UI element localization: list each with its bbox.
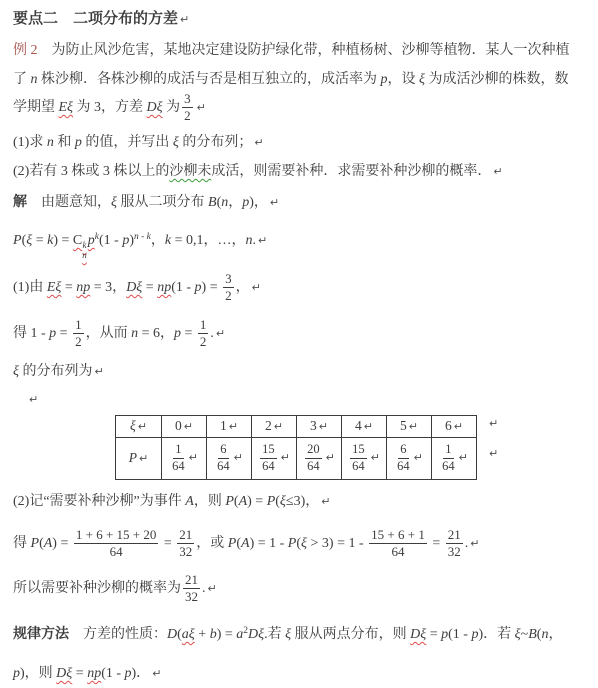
table-row: P↵164↵664↵1564↵2064↵1564↵664↵164↵ [116, 437, 477, 479]
text-segment: n [31, 72, 38, 87]
table-prob-cell: 1564↵ [342, 437, 387, 479]
table-value-cell: 2↵ [252, 415, 297, 437]
table-value-cell: 5↵ [387, 415, 432, 437]
text-segment: p [195, 280, 202, 295]
fraction-denominator: 64 [307, 459, 320, 474]
text-segment: (1)求 [13, 135, 47, 150]
paragraph-mark-icon: ↵ [197, 101, 206, 114]
text-segment: ，或 [196, 536, 228, 551]
table-prob-cell: 164↵ [162, 437, 207, 479]
text-segment: p [88, 233, 95, 248]
probability-distribution-table: ξ↵0↵1↵2↵3↵4↵5↵6↵P↵164↵664↵1564↵2064↵1564… [115, 415, 477, 480]
table-prob-cell: 664↵ [207, 437, 252, 479]
fraction-denominator: 2 [200, 334, 207, 349]
fraction-denominator: 64 [391, 544, 404, 559]
text-segment: np [76, 280, 90, 295]
value-text: 0 [175, 418, 182, 433]
text-segment: 为 3，方差 [73, 100, 147, 115]
fraction: 32 [182, 92, 193, 124]
text-segment: = 3， [90, 280, 126, 295]
paragraph-mark-icon: ↵ [180, 13, 189, 26]
text-segment: ) = [53, 233, 73, 248]
text-segment: A [44, 536, 53, 551]
table-prob-cell: 2064↵ [297, 437, 342, 479]
paragraph-mark-icon: ↵ [281, 451, 290, 464]
fraction-denominator: 64 [217, 459, 230, 474]
fraction-numerator: 1 [73, 318, 84, 334]
paragraph-mark-icon: ↵ [139, 452, 148, 465]
table-prob-cell: 1564↵ [252, 437, 297, 479]
fraction: 664 [397, 443, 410, 474]
step-ep: (1)由 Eξ = np = 3，Dξ = np(1 - p) = 32，↵ [13, 271, 586, 305]
text-segment: = [56, 326, 71, 341]
text-segment: .若 [264, 627, 285, 642]
text-segment: P [31, 536, 40, 551]
text-segment: n [47, 135, 54, 150]
fraction-denominator: 32 [448, 544, 461, 559]
fraction: 1564 [350, 443, 367, 474]
paragraph-mark-icon: ↵ [216, 327, 225, 340]
paragraph-mark-icon: ↵ [254, 136, 263, 149]
fraction: 15 + 6 + 164 [369, 528, 427, 560]
paragraph-mark-icon: ↵ [138, 420, 147, 433]
fraction-numerator: 21 [446, 528, 463, 544]
text-segment: = [32, 233, 47, 248]
text-segment: )，则 [20, 666, 56, 681]
text-segment: 所以需要补种沙柳的概率为 [13, 581, 181, 596]
text-segment: 规律方法 [13, 627, 69, 642]
table-prob-cell: 664↵ [387, 437, 432, 479]
fraction-numerator: 1 [443, 443, 453, 459]
paragraph-mark-icon: ↵ [321, 495, 330, 508]
example-line-2: 了 n 株沙柳．各株沙柳的成活与否是相互独立的，成活率为 p，设 ξ 为成活沙柳… [13, 69, 586, 90]
text-segment: 由题意知， [27, 195, 111, 210]
paragraph-mark-icon: ↵ [319, 420, 328, 433]
fraction-numerator: 1 + 6 + 15 + 20 [74, 528, 159, 544]
text-segment: b [210, 627, 217, 642]
blank-line: ↵ [13, 391, 586, 409]
text-segment: (1 - [101, 666, 124, 681]
text-segment: )， [249, 195, 268, 210]
text-segment: ， [548, 627, 562, 642]
text-segment: (1)由 [13, 280, 47, 295]
table-prob-cell: 164↵ [432, 437, 477, 479]
text-segment: 为成活沙柳的株数，数 [425, 72, 569, 87]
paragraph-mark-icon: ↵ [364, 420, 373, 433]
text-segment: Eξ [47, 280, 62, 295]
text-segment: ，设 [388, 72, 420, 87]
text-segment: = [61, 280, 76, 295]
paragraph-mark-icon: ↵ [489, 447, 498, 460]
paragraph-mark-icon: ↵ [152, 667, 161, 680]
fraction-numerator: 15 [350, 443, 367, 459]
text-segment: )． [132, 666, 151, 681]
paragraph-mark-icon: ↵ [489, 417, 498, 430]
fraction-numerator: 6 [398, 443, 408, 459]
text-segment: Dξ [248, 627, 264, 642]
fraction-denominator: 2 [184, 108, 191, 123]
document: 要点二 二项分布的方差↵例 2 为防止风沙危害，某地决定建设防护绿化带，种植杨树… [0, 0, 598, 684]
paragraph-mark-icon: ↵ [184, 420, 193, 433]
text-segment: ) = [52, 536, 72, 551]
text-segment: C [73, 233, 82, 248]
fraction-numerator: 21 [177, 528, 194, 544]
text-segment: 株沙柳．各株沙柳的成活与否是相互独立的，成活率为 [38, 72, 381, 87]
text-segment: 成活，则需要补种．求需要补种沙柳的概率． [211, 164, 491, 179]
fraction-numerator: 15 [260, 443, 277, 459]
text-segment: p [381, 72, 388, 87]
variable-label: ξ [130, 418, 136, 433]
value-text: 3 [310, 418, 317, 433]
text-segment: 的分布列； [179, 135, 253, 150]
text-segment: . [210, 326, 214, 341]
text-segment: 服从两点分布，则 [291, 627, 410, 642]
paragraph-mark-icon: ↵ [229, 420, 238, 433]
text-segment: = [429, 536, 444, 551]
text-segment: p [174, 326, 181, 341]
text-segment: A [241, 536, 250, 551]
text-segment: > 3) = 1 - [307, 536, 367, 551]
text-segment: 例 2 [13, 43, 38, 58]
text-segment: 服从二项分布 [117, 195, 208, 210]
text-segment: 学期望 [13, 100, 59, 115]
text-segment: p [13, 666, 20, 681]
text-segment: (1 - [171, 280, 194, 295]
fraction-denominator: 64 [110, 544, 123, 559]
text-segment: n - k [134, 232, 151, 242]
text-segment: n [246, 233, 253, 248]
paragraph-mark-icon: ↵ [454, 420, 463, 433]
fraction: 164 [172, 443, 185, 474]
text-segment: ) = [247, 494, 267, 509]
value-text: 2 [265, 418, 272, 433]
paragraph-mark-icon: ↵ [493, 165, 502, 178]
fraction: 164 [442, 443, 455, 474]
fraction-denominator: 2 [75, 334, 82, 349]
fraction-denominator: 64 [397, 459, 410, 474]
text-segment: 了 [13, 72, 31, 87]
text-segment: 为防止风沙危害，某地决定建设防护绿化带，种植杨树、沙柳等植物．某人一次种植 [38, 43, 570, 58]
text-segment: = 6， [138, 326, 174, 341]
text-segment: P [13, 233, 22, 248]
text-segment: )．若 [478, 627, 514, 642]
binomial-formula: P(ξ = k) = Cknpk(1 - p)n - k，k = 0,1，…，n… [13, 225, 586, 261]
paragraph-mark-icon: ↵ [258, 234, 267, 247]
fraction: 2132 [177, 528, 194, 560]
text-segment: 的值，并写出 [82, 135, 173, 150]
paragraph-mark-icon: ↵ [459, 451, 468, 464]
text-segment: Dξ [147, 100, 163, 115]
value-text: 4 [355, 418, 362, 433]
fraction-numerator: 15 + 6 + 1 [369, 528, 427, 544]
fraction: 12 [73, 318, 84, 350]
fraction: 1564 [260, 443, 277, 474]
text-segment: = [426, 627, 441, 642]
fraction-numerator: 3 [182, 92, 193, 108]
solution-intro: 解 由题意知，ξ 服从二项分布 B(n，p)，↵ [13, 192, 586, 213]
value-text: 6 [445, 418, 452, 433]
text-segment: 得 [13, 536, 31, 551]
table-variable-header-cell: ξ↵ [116, 415, 162, 437]
text-segment: ， [151, 233, 165, 248]
text-segment: 和 [54, 135, 75, 150]
text-segment: ) = [202, 280, 222, 295]
table-value-cell: 6↵ [432, 415, 477, 437]
rule-line-2: p)，则 Dξ = np(1 - p)．↵ [13, 663, 586, 684]
table-prob-header-cell: P↵ [116, 437, 162, 479]
text-segment: (1 - [99, 233, 122, 248]
fraction-denominator: 32 [179, 544, 192, 559]
text-segment: P [225, 494, 234, 509]
text-segment: B [208, 195, 217, 210]
text-segment: 解 [13, 195, 27, 210]
paragraph-mark-icon: ↵ [409, 420, 418, 433]
paragraph-mark-icon: ↵ [414, 451, 423, 464]
text-segment: np [87, 666, 101, 681]
fraction-denominator: 64 [352, 459, 365, 474]
combination-sub-sup: kn [82, 241, 87, 261]
text-segment: A [185, 494, 194, 509]
fraction-denominator: 64 [262, 459, 275, 474]
fraction: 2132 [183, 573, 200, 605]
text-segment: 得 1 - [13, 326, 49, 341]
fraction-numerator: 21 [183, 573, 200, 589]
text-segment: ) = [217, 627, 237, 642]
fraction: 12 [198, 318, 209, 350]
fraction-denominator: 32 [185, 589, 198, 604]
text-segment: 为 [163, 100, 181, 115]
text-segment: = [181, 326, 196, 341]
text-segment: ≤3)， [286, 494, 319, 509]
question-1: (1)求 n 和 p 的值，并写出 ξ 的分布列；↵ [13, 132, 586, 153]
paragraph-mark-icon: ↵ [252, 281, 261, 294]
text-segment: A [239, 494, 248, 509]
fraction-numerator: 1 [198, 318, 209, 334]
prob-calc: 得 P(A) = 1 + 6 + 15 + 2064 = 2132，或 P(A)… [13, 521, 586, 567]
paragraph-mark-icon: ↵ [189, 451, 198, 464]
text-segment: aξ [182, 627, 195, 642]
text-segment: 沙柳未 [169, 164, 211, 179]
text-segment: = 0,1，…， [171, 233, 245, 248]
text-segment: . [253, 233, 257, 248]
text-segment: Dξ [126, 280, 142, 295]
text-segment: ) = 1 - [250, 536, 288, 551]
question-2: (2)若有 3 株或 3 株以上的沙柳未成活，则需要补种．求需要补种沙柳的概率．… [13, 161, 586, 182]
text-segment: p [75, 135, 82, 150]
paragraph-mark-icon: ↵ [274, 420, 283, 433]
text-segment: = [160, 536, 175, 551]
text-segment: + [195, 627, 210, 642]
step-solve: 得 1 - p = 12，从而 n = 6，p = 12.↵ [13, 317, 586, 351]
text-segment: . [202, 581, 206, 596]
fraction-numerator: 20 [305, 443, 322, 459]
fraction: 32 [223, 272, 234, 304]
paragraph-mark-icon: ↵ [29, 393, 38, 406]
example-line-3: 学期望 Eξ 为 3，方差 Dξ 为32↵ [13, 92, 586, 124]
text-segment: 的分布列为 [19, 364, 93, 379]
table-value-cell: 3↵ [297, 415, 342, 437]
fraction: 664 [217, 443, 230, 474]
paragraph-mark-icon: ↵ [234, 451, 243, 464]
heading: 要点二 二项分布的方差↵ [13, 9, 586, 30]
text-segment: 方差的性质： [69, 627, 167, 642]
text-segment: D [167, 627, 177, 642]
text-segment: 要点二 二项分布的方差 [13, 11, 178, 27]
text-segment: ， [236, 280, 250, 295]
fraction-denominator: 64 [172, 459, 185, 474]
distribution-label: ξ 的分布列为↵ [13, 361, 586, 382]
text-segment: ，从而 [86, 326, 132, 341]
table-value-cell: 4↵ [342, 415, 387, 437]
paragraph-mark-icon: ↵ [270, 196, 279, 209]
text-segment: np [157, 280, 171, 295]
text-segment: ，则 [194, 494, 226, 509]
fraction-denominator: 64 [442, 459, 455, 474]
text-segment: Dξ [410, 627, 426, 642]
prob-label: P [129, 450, 137, 465]
text-segment: Dξ [56, 666, 72, 681]
paragraph-mark-icon: ↵ [208, 582, 217, 595]
text-segment: P [267, 494, 276, 509]
fraction-numerator: 6 [218, 443, 228, 459]
fraction-numerator: 3 [223, 272, 234, 288]
text-segment: (2)若有 3 株或 3 株以上的 [13, 164, 169, 179]
example-line-1: 例 2 为防止风沙危害，某地决定建设防护绿化带，种植杨树、沙柳等植物．某人一次种… [13, 40, 586, 61]
value-text: 5 [400, 418, 407, 433]
text-segment: (1 - [448, 627, 471, 642]
paragraph-mark-icon: ↵ [371, 451, 380, 464]
conclusion: 所以需要补种沙柳的概率为2132.↵ [13, 571, 586, 607]
fraction: 1 + 6 + 15 + 2064 [74, 528, 159, 560]
subscript: n [82, 251, 87, 261]
text-segment: = [142, 280, 157, 295]
rule-line-1: 规律方法 方差的性质：D(aξ + b) = a2Dξ.若 ξ 服从两点分布，则… [13, 619, 586, 647]
paragraph-mark-icon: ↵ [95, 365, 104, 378]
value-text: 1 [220, 418, 227, 433]
text-segment: p [125, 666, 132, 681]
table-row: ξ↵0↵1↵2↵3↵4↵5↵6↵ [116, 415, 477, 437]
paragraph-mark-icon: ↵ [470, 537, 479, 550]
paragraph-mark-icon: ↵ [326, 451, 335, 464]
event-def: (2)记“需要补种沙柳”为事件 A，则 P(A) = P(ξ≤3)，↵ [13, 491, 586, 512]
table-value-cell: 0↵ [162, 415, 207, 437]
fraction-numerator: 1 [173, 443, 183, 459]
text-segment: Eξ [59, 100, 74, 115]
fraction: 2064 [305, 443, 322, 474]
text-segment: = [72, 666, 87, 681]
text-segment: ， [228, 195, 242, 210]
table-value-cell: 1↵ [207, 415, 252, 437]
text-segment: . [465, 536, 469, 551]
text-segment: (2)记“需要补种沙柳”为事件 [13, 494, 185, 509]
fraction-denominator: 2 [225, 288, 232, 303]
distribution-table: ξ↵0↵1↵2↵3↵4↵5↵6↵P↵164↵664↵1564↵2064↵1564… [115, 415, 495, 480]
fraction: 2132 [446, 528, 463, 560]
text-segment: B [528, 627, 537, 642]
